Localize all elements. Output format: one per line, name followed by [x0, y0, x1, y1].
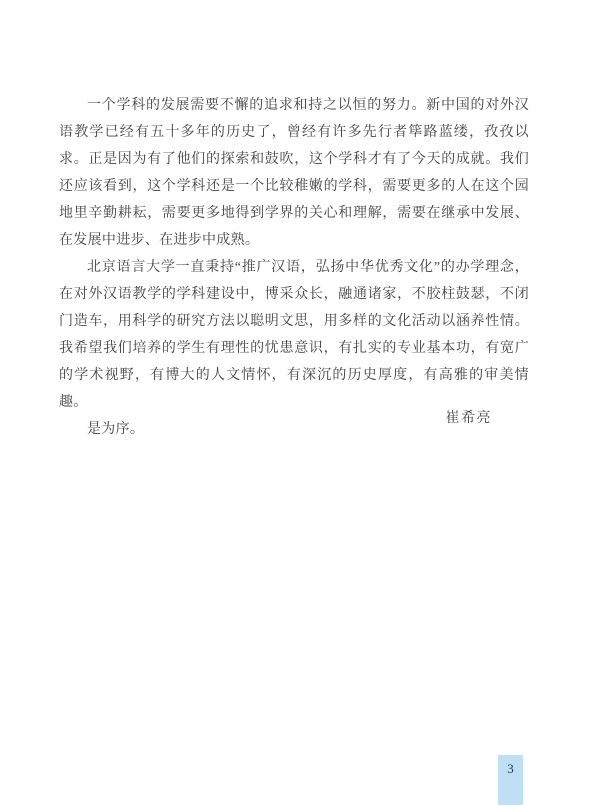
document-page: 一个学科的发展需要不懈的追求和持之以恒的努力。新中国的对外汉语教学已经有五十多年…	[0, 0, 600, 805]
author-signature: 崔希亮	[59, 405, 529, 432]
paragraph-2: 北京语言大学一直秉持“推广汉语，弘扬中华优秀文化”的办学理念，在对外汉语教学的学…	[59, 254, 529, 416]
page-number-tab: 3	[498, 755, 523, 805]
paragraph-1: 一个学科的发展需要不懈的追求和持之以恒的努力。新中国的对外汉语教学已经有五十多年…	[59, 92, 529, 254]
preface-text: 一个学科的发展需要不懈的追求和持之以恒的努力。新中国的对外汉语教学已经有五十多年…	[59, 92, 529, 443]
page-number: 3	[498, 760, 523, 778]
